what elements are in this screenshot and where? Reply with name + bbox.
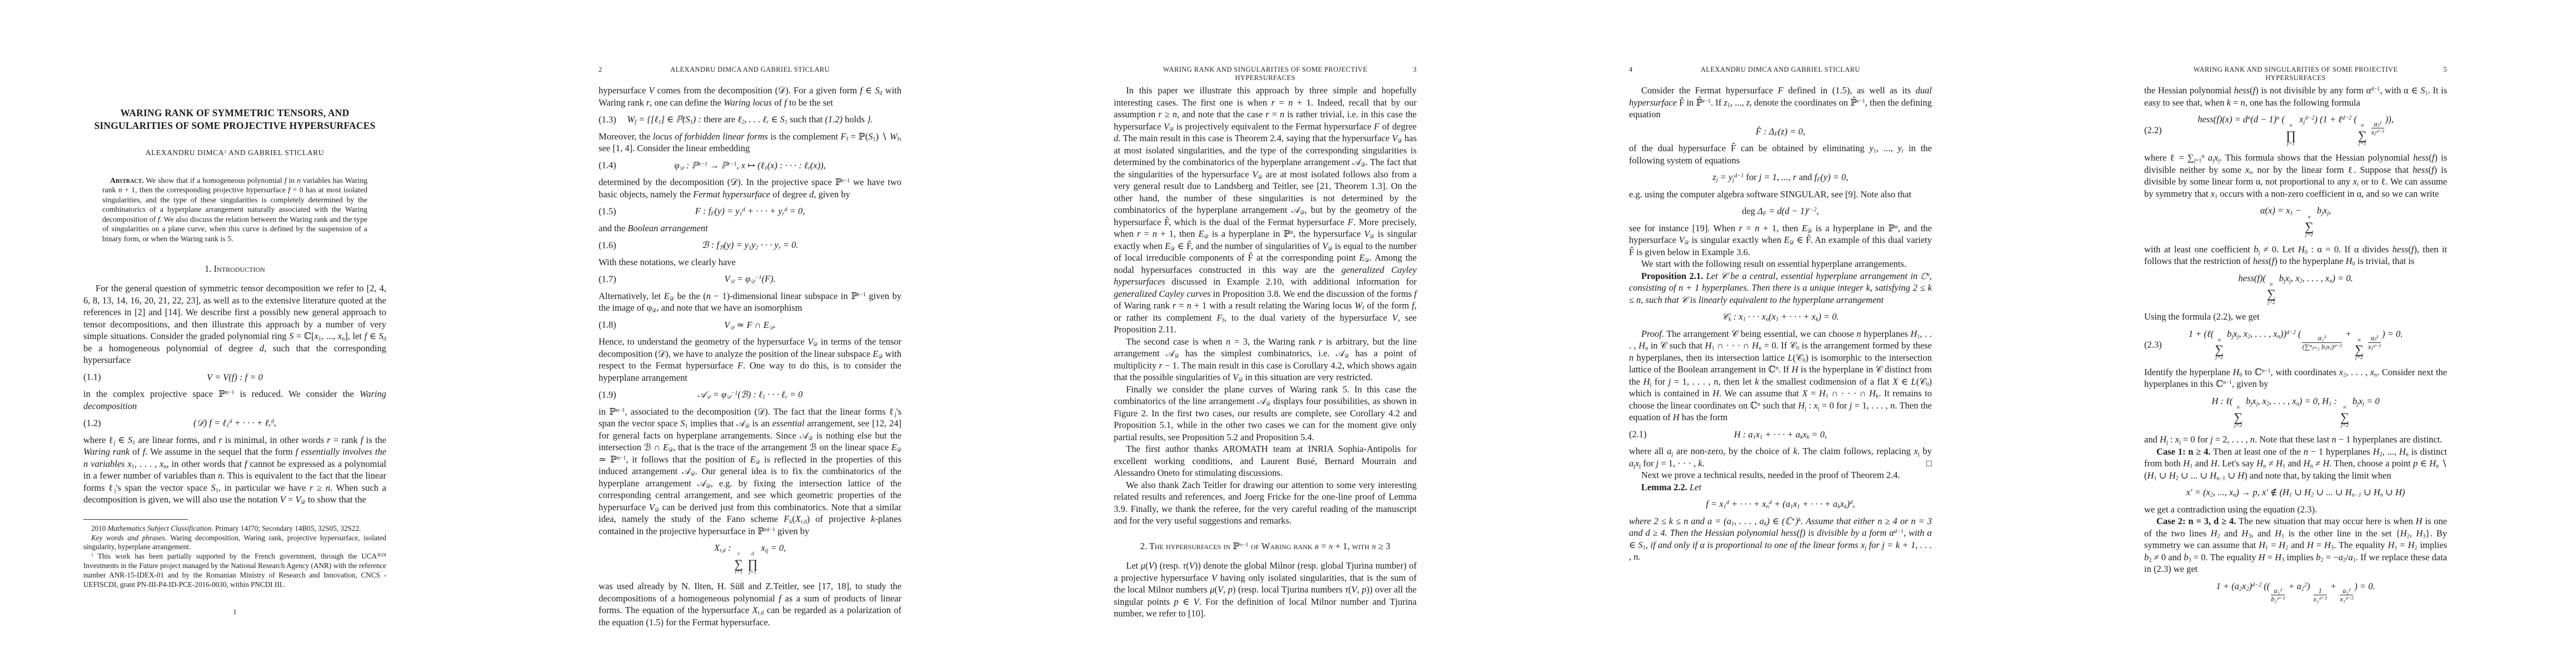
equation-number: (1.2): [83, 417, 101, 429]
running-head: 2ALEXANDRU DIMCA AND GABRIEL STICLARU: [599, 66, 901, 74]
equation-body: F : fF(y) = y1d + · · · + yrd = 0,: [679, 205, 822, 217]
paragraph: Using the formula (2.2), we get: [2144, 311, 2447, 323]
equation: (1.3)Wf = {[ℓ1] ∈ ℙ(S1) : there are ℓ2, …: [599, 113, 901, 126]
equation-body: deg ΔF = d(d − 1)r−2,: [1725, 205, 1836, 217]
equation-body: x′ = (x2, ..., xn) → p, x′ ∉ (H1 ∪ H2 ∪ …: [2170, 486, 2422, 499]
equation-body: V = V(f) : f = 0: [190, 371, 280, 384]
equation-body: H : ℓ(n∑j=2 bjxj, x2, . . . , xn) = 0, H…: [2195, 395, 2396, 429]
paragraph: we get a contradiction using the equatio…: [2144, 504, 2447, 516]
equation-body: V𝒟 = φ𝒟−1(F).: [707, 273, 792, 285]
equation: F̂ : ΔF(z) = 0,: [1629, 126, 1932, 138]
paragraph: and the Boolean arrangement: [599, 222, 901, 235]
page-body: In this paper we illustrate this approac…: [1114, 84, 1417, 620]
paragraph: in ℙn−1, associated to the decomposition…: [599, 406, 901, 537]
paragraph: where all aj are non-zero, by the choice…: [1629, 445, 1932, 469]
equation-body: H : a1x1 + · · · + akxk = 0,: [1717, 429, 1843, 441]
equation-body: 𝒞k : x1 · · · xn(x1 + · · · + xk) = 0.: [1705, 311, 1856, 323]
abstract: Abstract. We show that if a homogeneous …: [102, 176, 367, 244]
paragraph: Identify the hyperplane H0 to ℂn−1, with…: [2144, 366, 2447, 390]
equation-body: f = x1d + · · · + xnd + (a1x1 + · · · + …: [1690, 498, 1872, 510]
paragraph: We also thank Zach Teitler for drawing o…: [1114, 479, 1417, 527]
footnote-rule: [83, 519, 188, 520]
equation-number: (1.4): [599, 160, 616, 172]
paper-canvas: arXiv:1902.01351v4 [math.AG] 20 Apr 2020…: [0, 0, 2576, 667]
paragraph: Finally we consider the plane curves of …: [1114, 384, 1417, 444]
authors-line: ALEXANDRU DIMCA1 AND GABRIEL STICLARU: [83, 147, 386, 159]
paragraph: and Hj : xj = 0 for j = 2, . . . , n. No…: [2144, 434, 2447, 446]
page-2: 2ALEXANDRU DIMCA AND GABRIEL STICLARUhyp…: [515, 0, 1030, 667]
page-body: the Hessian polynomial hess(f) is not di…: [2144, 84, 2447, 608]
running-head-page-number: 5: [2425, 66, 2447, 74]
pages-row: WARING RANK OF SYMMETRIC TENSORS, ANDSIN…: [0, 0, 2576, 667]
paragraph: Next we prove a technical results, neede…: [1629, 469, 1932, 481]
paragraph: e.g. using the computer algebra software…: [1629, 188, 1932, 201]
equation: (1.8)V𝒟 ≃ F ∩ E𝒟.: [599, 319, 901, 331]
equation-body: zj = yjd−1 for j = 1, ..., r and fF(y) =…: [1696, 171, 1865, 183]
footnote: Key words and phrases. Waring decomposit…: [83, 534, 386, 552]
equation: (1.1)V = V(f) : f = 0: [83, 371, 386, 384]
footnote: 2010 Mathematics Subject Classification.…: [83, 524, 386, 534]
paragraph: where ℓ = ∑j=1n ajxj. This formula shows…: [2144, 152, 2447, 200]
paragraph: Lemma 2.2. Let: [1629, 481, 1932, 494]
equation-number: (1.7): [599, 273, 616, 285]
running-head: WARING RANK AND SINGULARITIES OF SOME PR…: [1114, 66, 1417, 82]
page-body: hypersurface V comes from the decomposit…: [599, 84, 901, 628]
paragraph: With these notations, we clearly have: [599, 256, 901, 268]
equation-number: (1.9): [599, 389, 616, 401]
equation-body: hess(f)(n∑j=2 bjxj, x2, . . . , xn) = 0.: [2221, 272, 2369, 306]
equation-body: φ𝒟 : ℙn−1 → ℙr−1, x ↦ (ℓ1(x) : · · · : ℓ…: [657, 160, 842, 172]
paragraph: in the complex projective space ℙn−1 is …: [83, 388, 386, 412]
paragraph: For the general question of symmetric te…: [83, 282, 386, 366]
qed-box: □: [1926, 457, 1932, 470]
equation: zj = yjd−1 for j = 1, ..., r and fF(y) =…: [1629, 171, 1932, 183]
equation-body: (𝒟) f = ℓ1d + · · · + ℓrd,: [177, 417, 293, 429]
equation: 𝒞k : x1 · · · xn(x1 + · · · + xk) = 0.: [1629, 311, 1932, 323]
equation: (1.6)ℬ : fℬ(y) = y1y2 · · · yr = 0.: [599, 239, 901, 251]
footnote: 1 This work has been partially supported…: [83, 552, 386, 590]
running-head-title: ALEXANDRU DIMCA AND GABRIEL STICLARU: [1651, 66, 1910, 74]
page-3: WARING RANK AND SINGULARITIES OF SOME PR…: [1030, 0, 1546, 667]
equation: (1.5)F : fF(y) = y1d + · · · + yrd = 0,: [599, 205, 901, 217]
equation: (2.1)H : a1x1 + · · · + akxk = 0,: [1629, 429, 1932, 441]
page-4: 4ALEXANDRU DIMCA AND GABRIEL STICLARUCon…: [1546, 0, 2061, 667]
equation: (1.2)(𝒟) f = ℓ1d + · · · + ℓrd,: [83, 417, 386, 429]
equation-body: F̂ : ΔF(z) = 0,: [1739, 126, 1822, 138]
equation: (1.7)V𝒟 = φ𝒟−1(F).: [599, 273, 901, 285]
equation: (1.9)𝒜𝒟 = φ𝒟−1(ℬ) : ℓ1 · · · ℓr = 0: [599, 389, 901, 401]
equation-number: (2.1): [1629, 429, 1647, 441]
equation-number: (1.1): [83, 371, 101, 384]
equation-body: hess(f)(x) = dn(d − 1)n (n∏j=1 xjd−2) (1…: [2181, 113, 2410, 147]
equation: α(x) = x1 − n∑j=2 bjxj,: [2144, 205, 2447, 238]
equation-body: Wf = {[ℓ1] ∈ ℙ(S1) : there are ℓ2, . . .…: [610, 113, 889, 126]
equation: H : ℓ(n∑j=2 bjxj, x2, . . . , xn) = 0, H…: [2144, 395, 2447, 429]
equation-body: ℬ : fℬ(y) = y1y2 · · · yr = 0.: [685, 239, 815, 251]
section-heading: 2. The hypersurfaces in ℙn−1 of Waring r…: [1114, 540, 1417, 552]
paragraph: Alternatively, let E𝒟 be the (n − 1)-dim…: [599, 290, 901, 314]
paragraph: determined by the decomposition (𝒟). In …: [599, 176, 901, 200]
equation: 1 + (a2x2)d−2 ((a₁²b₂ᵈ⁻² + a22) 1x₂ᵈ⁻² +…: [2144, 580, 2447, 603]
paragraph: was used already by N. Ilten, H. Süß and…: [599, 580, 901, 628]
equation-number: (1.8): [599, 319, 616, 331]
page-5: WARING RANK AND SINGULARITIES OF SOME PR…: [2061, 0, 2576, 667]
paragraph: In this paper we illustrate this approac…: [1114, 84, 1417, 336]
running-head-title: ALEXANDRU DIMCA AND GABRIEL STICLARU: [621, 66, 879, 74]
equation-number: (1.3): [599, 113, 616, 126]
running-head-page-number: 4: [1629, 66, 1651, 74]
paragraph: Case 2: n = 3, d ≥ 4. The new situation …: [2144, 515, 2447, 575]
running-head-page-number: 2: [599, 66, 621, 74]
section-heading: 1. Introduction: [83, 263, 386, 275]
equation-number: (2.2): [2144, 124, 2162, 136]
page-body: WARING RANK OF SYMMETRIC TENSORS, ANDSIN…: [83, 84, 386, 590]
paper-title: WARING RANK OF SYMMETRIC TENSORS, ANDSIN…: [83, 107, 386, 132]
paragraph: where ℓj ∈ S1 are linear forms, and r is…: [83, 434, 386, 506]
paragraph: Proposition 2.1. Let 𝒞 be a central, ess…: [1629, 270, 1932, 306]
running-head-page-number: 3: [1394, 66, 1417, 74]
equation: deg ΔF = d(d − 1)r−2,: [1629, 205, 1932, 217]
page-number: 1: [83, 608, 386, 616]
paragraph: Proof. The arrangement 𝒞 being essential…: [1629, 328, 1932, 424]
running-head: 4ALEXANDRU DIMCA AND GABRIEL STICLARU: [1629, 66, 1932, 74]
equation-number: (1.6): [599, 239, 616, 251]
paragraph: hypersurface V comes from the decomposit…: [599, 84, 901, 108]
paragraph: Case 1: n ≥ 4. Then at least one of the …: [2144, 446, 2447, 482]
equation: (2.2)hess(f)(x) = dn(d − 1)n (n∏j=1 xjd−…: [2144, 113, 2447, 147]
equation-number: (2.3): [2144, 339, 2162, 351]
equation: Xr,d : r∑i=1 d∏j=1 xij = 0,: [599, 542, 901, 575]
equation: (2.3)1 + (ℓ(n∑j=2 bjxj, x2, . . . , xn))…: [2144, 328, 2447, 361]
paragraph: the Hessian polynomial hess(f) is not di…: [2144, 84, 2447, 108]
equation-body: α(x) = x1 − n∑j=2 bjxj,: [2244, 205, 2348, 238]
paragraph: where 2 ≤ k ≤ n and a = (a1, . . . , ak)…: [1629, 515, 1932, 563]
equation-number: (1.5): [599, 205, 616, 217]
paragraph: The second case is when n = 3, the Warin…: [1114, 336, 1417, 384]
equation-body: V𝒟 ≃ F ∩ E𝒟.: [707, 319, 793, 331]
paragraph: with at least one coefficient bj ≠ 0. Le…: [2144, 243, 2447, 267]
running-head-title: WARING RANK AND SINGULARITIES OF SOME PR…: [2166, 66, 2425, 82]
paragraph: We start with the following result on es…: [1629, 258, 1932, 270]
paragraph: Moreover, the locus of forbidden linear …: [599, 131, 901, 155]
paragraph: Consider the Fermat hypersurface F defin…: [1629, 84, 1932, 121]
abstract-label: Abstract.: [110, 176, 144, 185]
paragraph: Let μ(V) (resp. τ(V)) denote the global …: [1114, 560, 1417, 620]
page-1: WARING RANK OF SYMMETRIC TENSORS, ANDSIN…: [0, 0, 515, 667]
equation: hess(f)(n∑j=2 bjxj, x2, . . . , xn) = 0.: [2144, 272, 2447, 306]
equation-body: 1 + (ℓ(n∑j=2 bjxj, x2, . . . , xn))d−2 (…: [2172, 328, 2419, 361]
paragraph: of the dual hypersurface F̂ can be obtai…: [1629, 142, 1932, 166]
paragraph: see for instance [19]. When r = n + 1, t…: [1629, 222, 1932, 258]
page-body: Consider the Fermat hypersurface F defin…: [1629, 84, 1932, 563]
running-head: WARING RANK AND SINGULARITIES OF SOME PR…: [2144, 66, 2447, 82]
paragraph: The first author thanks AROMATH team at …: [1114, 443, 1417, 479]
paragraph: Hence, to understand the geometry of the…: [599, 336, 901, 384]
equation: x′ = (x2, ..., xn) → p, x′ ∉ (H1 ∪ H2 ∪ …: [2144, 486, 2447, 499]
running-head-title: WARING RANK AND SINGULARITIES OF SOME PR…: [1136, 66, 1394, 82]
equation-body: 𝒜𝒟 = φ𝒟−1(ℬ) : ℓ1 · · · ℓr = 0: [681, 389, 820, 401]
equation-body: 1 + (a2x2)d−2 ((a₁²b₂ᵈ⁻² + a22) 1x₂ᵈ⁻² +…: [2200, 580, 2392, 603]
equation-body: Xr,d : r∑i=1 d∏j=1 xij = 0,: [697, 542, 803, 575]
equation: (1.4)φ𝒟 : ℙn−1 → ℙr−1, x ↦ (ℓ1(x) : · · …: [599, 160, 901, 172]
equation: f = x1d + · · · + xnd + (a1x1 + · · · + …: [1629, 498, 1932, 510]
